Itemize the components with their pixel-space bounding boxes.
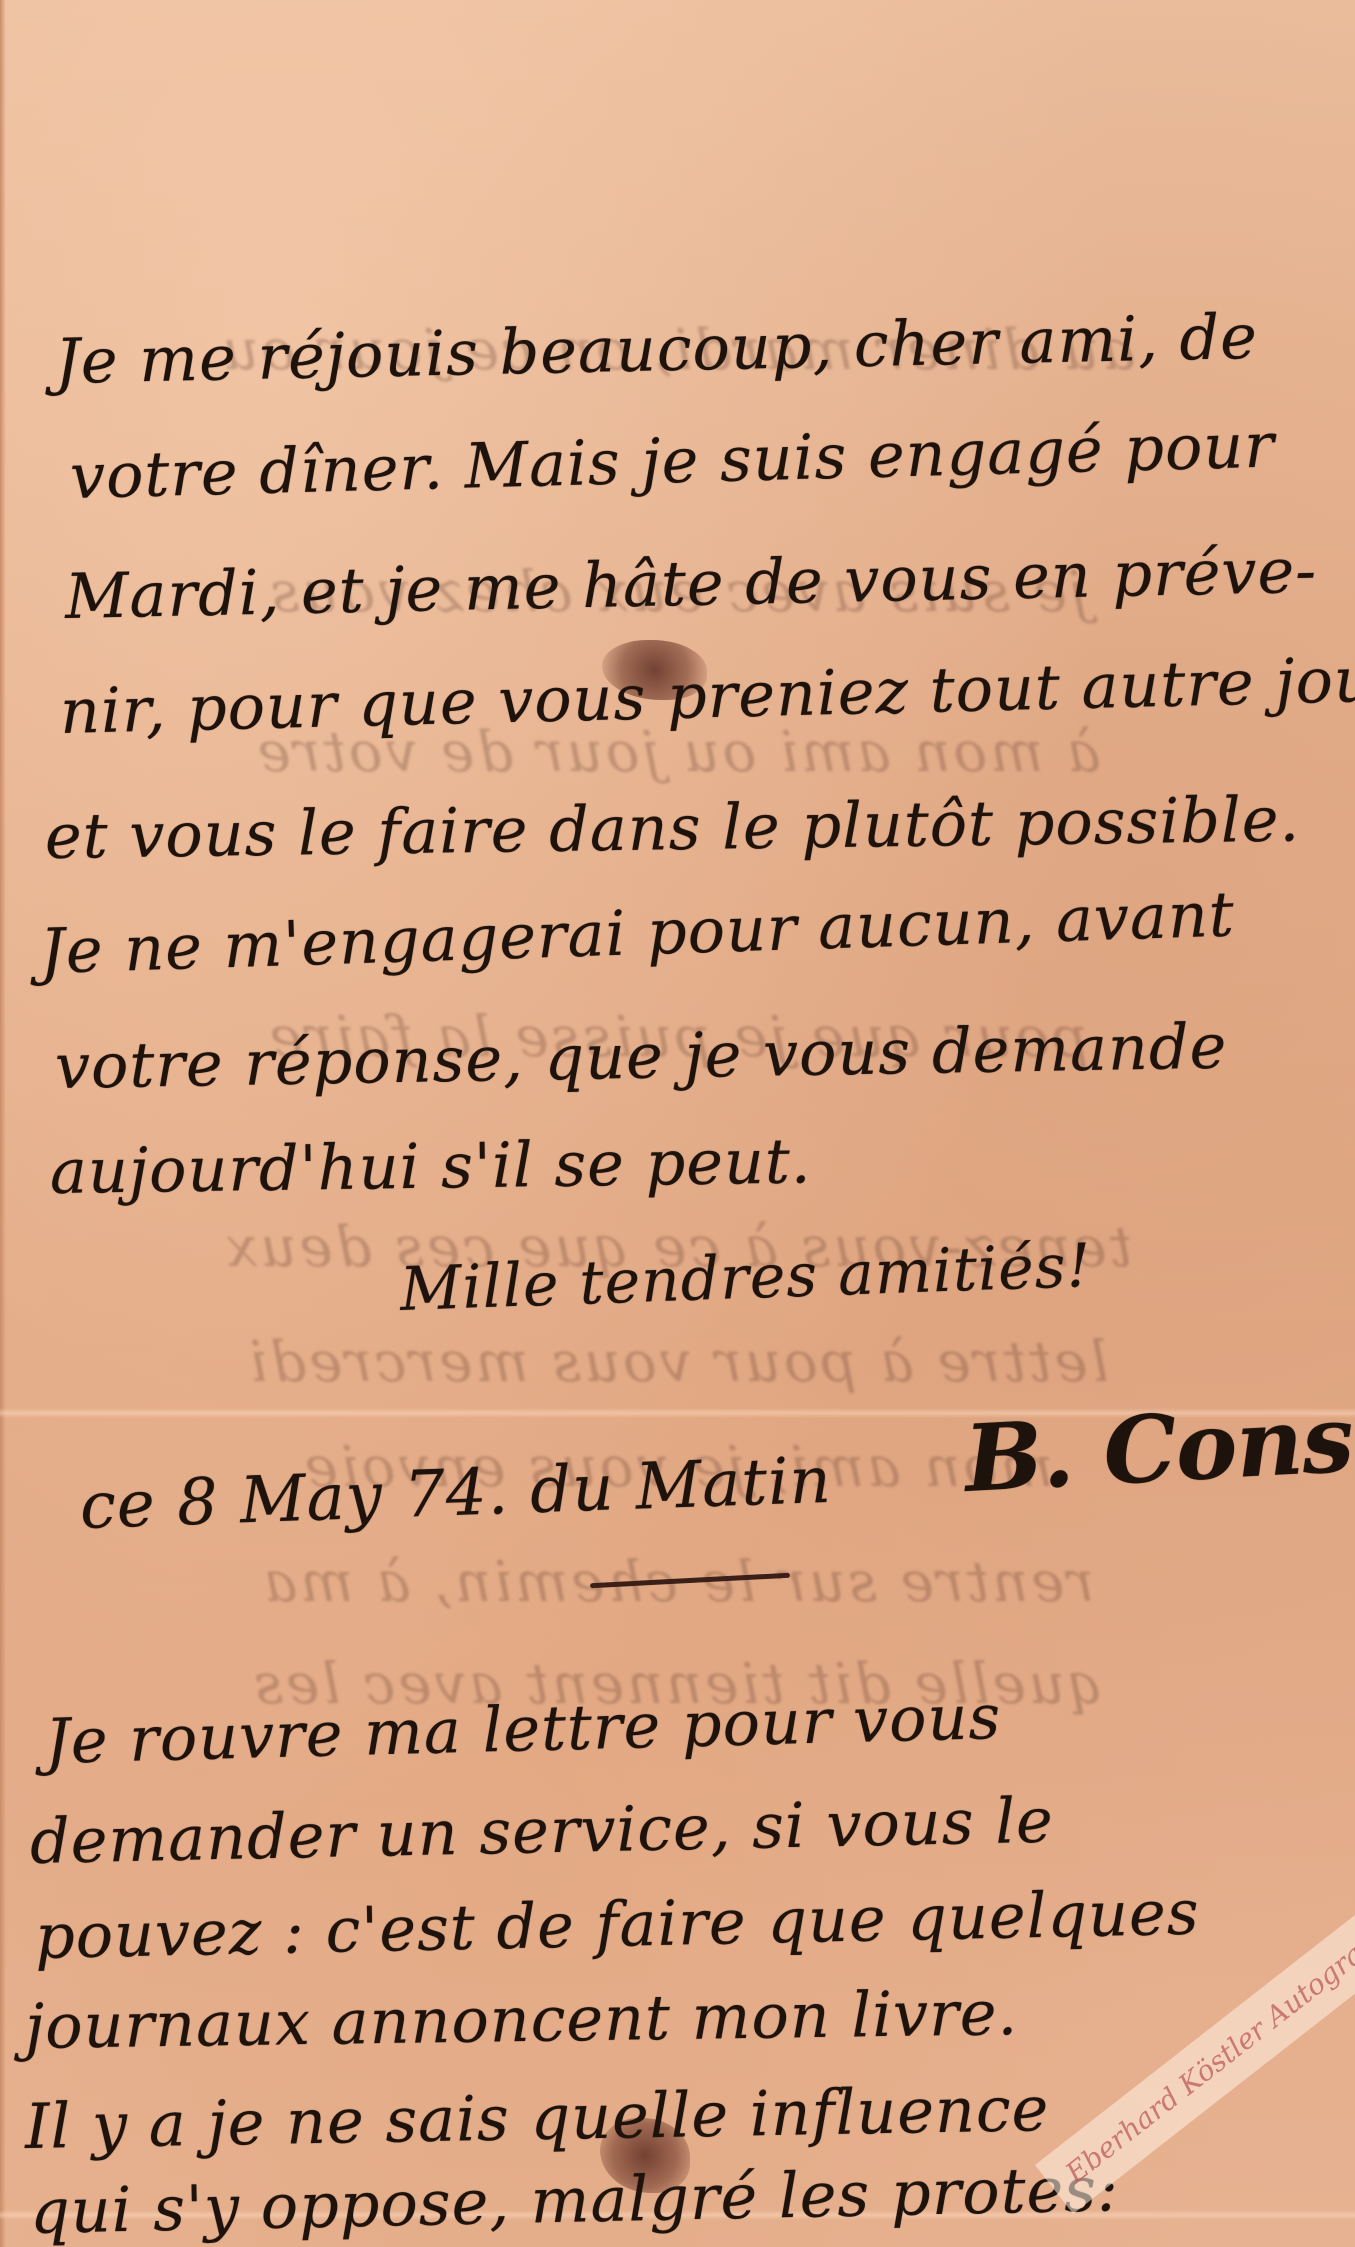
- paper-edge: [0, 0, 6, 2247]
- postscript-line: journaux annoncent mon livre.: [24, 1976, 1018, 2063]
- letter-line: aujourd'hui s'il se peut.: [49, 1124, 811, 1208]
